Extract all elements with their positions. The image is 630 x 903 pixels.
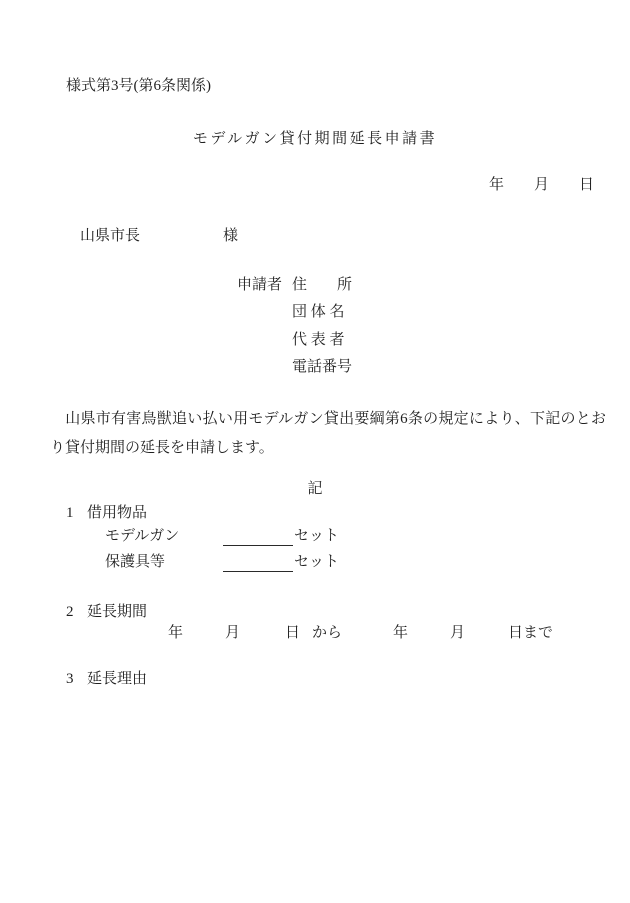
period-from-suffix-label: から	[312, 625, 342, 642]
applicant-label: 申請者	[237, 277, 282, 294]
period-to-year-label: 年	[393, 625, 408, 642]
protective-gear-name-label: 保護具等	[105, 554, 165, 571]
modelgun-unit-label: セット	[294, 528, 339, 545]
record-heading: 記	[0, 481, 630, 498]
applicant-organization-label: 団 体 名	[292, 304, 345, 321]
applicant-representative-label: 代 表 者	[292, 332, 345, 349]
applicant-address-label: 住 所	[292, 277, 352, 294]
period-from-day-label: 日	[285, 625, 300, 642]
addressee-honorific: 様	[223, 228, 238, 245]
modelgun-quantity-blank	[223, 529, 293, 546]
document-title: モデルガン貸付期間延長申請書	[0, 131, 630, 148]
item-1-number: 1	[66, 505, 74, 522]
period-from-year-label: 年	[168, 625, 183, 642]
period-to-day-label: 日まで	[508, 625, 553, 642]
item-3-label: 延長理由	[87, 671, 147, 688]
item-2-number: 2	[66, 604, 74, 621]
period-from-month-label: 月	[225, 625, 240, 642]
date-line: 年 月 日	[489, 177, 594, 194]
modelgun-name-label: モデルガン	[105, 528, 179, 545]
applicant-phone-label: 電話番号	[292, 359, 352, 376]
addressee-name: 山県市長	[80, 228, 140, 245]
body-paragraph: 山県市有害鳥獣追い払い用モデルガン貸出要綱第6条の規定により、下記のとおり貸付期…	[50, 405, 606, 463]
document-page: 様式第3号(第6条関係) モデルガン貸付期間延長申請書 年 月 日 山県市長 様…	[0, 0, 630, 903]
protective-gear-quantity-blank	[223, 555, 293, 572]
period-to-month-label: 月	[450, 625, 465, 642]
protective-gear-unit-label: セット	[294, 554, 339, 571]
item-1-label: 借用物品	[87, 505, 147, 522]
item-3-number: 3	[66, 671, 74, 688]
form-number: 様式第3号(第6条関係)	[66, 78, 211, 95]
item-2-label: 延長期間	[87, 604, 147, 621]
